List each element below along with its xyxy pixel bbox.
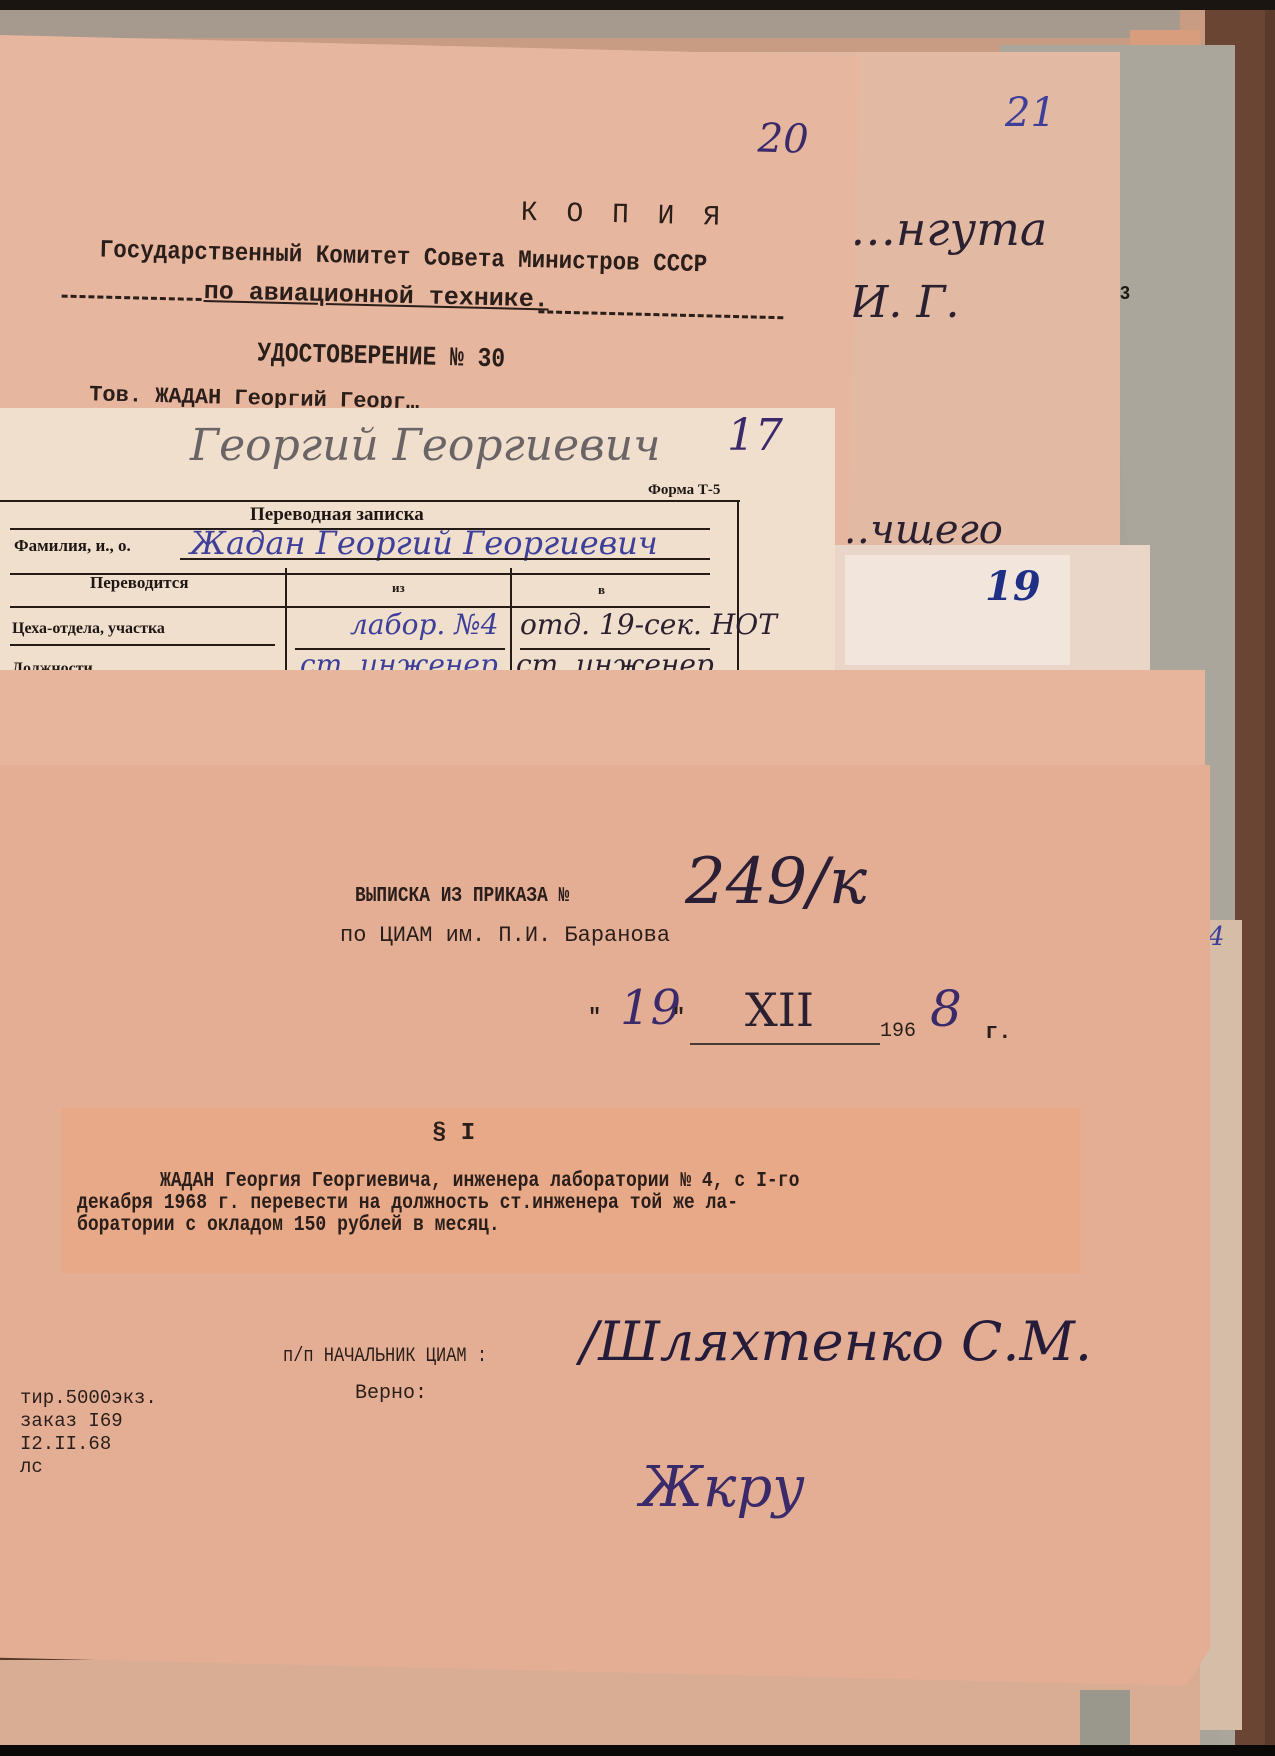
name-label: Фамилия, и., о. bbox=[14, 536, 131, 556]
excerpt-body-line-1: ЖАДАН Георгия Георгиевича, инженера лабо… bbox=[160, 1170, 799, 1193]
scan-border-bottom bbox=[0, 1745, 1275, 1756]
scanned-document-stack: 3 4 21 …нгута И. Г. …чщего 20 К О П И Я … bbox=[0, 0, 1275, 1756]
column-to: в bbox=[598, 582, 605, 598]
date-year-mark: г. bbox=[985, 1020, 1011, 1045]
rule bbox=[180, 558, 710, 560]
issuer-line-2: по авиационной технике. bbox=[203, 277, 549, 314]
institution-line: по ЦИАМ им. П.И. Баранова bbox=[340, 923, 670, 948]
copy-heading: К О П И Я bbox=[520, 198, 726, 234]
pasted-excerpt-strip: § I ЖАДАН Георгия Георгиевича, инженера … bbox=[62, 1108, 1080, 1273]
page-number-21: 21 bbox=[1005, 90, 1056, 136]
scan-border-top bbox=[0, 0, 1275, 10]
print-order: заказ I69 bbox=[20, 1410, 123, 1432]
column-from: из bbox=[392, 580, 405, 596]
page-number-17: 17 bbox=[727, 410, 783, 461]
order-number: 249/к bbox=[685, 845, 867, 919]
excerpt-body-line-2: декабря 1968 г. перевести на должность с… bbox=[77, 1192, 738, 1215]
section-number: § I bbox=[432, 1120, 475, 1147]
form-title: Переводная записка bbox=[250, 504, 424, 526]
issuer-underline-left bbox=[62, 295, 202, 301]
date-close-quote: " bbox=[672, 1005, 685, 1030]
order-excerpt-sheet: ВЫПИСКА ИЗ ПРИКАЗА № 249/к по ЦИАМ им. П… bbox=[0, 765, 1210, 1695]
certificate-title: УДОСТОВЕРЕНИЕ № 30 bbox=[257, 339, 506, 375]
print-run: тир.5000экз. bbox=[20, 1387, 157, 1409]
print-date: I2.II.68 bbox=[20, 1433, 111, 1455]
sheet-19-card: 19 bbox=[845, 555, 1070, 665]
right-edge-page-number: 4 bbox=[1208, 922, 1225, 952]
row-label: Цеха-отдела, участка bbox=[12, 620, 165, 638]
row-to-value: отд. 19-сек. НОТ bbox=[520, 608, 777, 641]
bottom-grey-sheet bbox=[1080, 1690, 1130, 1745]
date-month: XII bbox=[745, 983, 814, 1037]
grey-sheet-mark: 3 bbox=[1120, 283, 1130, 304]
excerpt-body-line-3: боратории с окладом 150 рублей в месяц. bbox=[77, 1214, 500, 1237]
pencil-name: Георгий Георгиевич bbox=[190, 420, 661, 471]
page-number-19: 19 bbox=[985, 563, 1041, 610]
name-value: Жадан Георгий Георгиевич bbox=[190, 524, 658, 562]
rule bbox=[10, 644, 275, 646]
date-month-underline bbox=[690, 1043, 880, 1045]
rule bbox=[0, 500, 740, 502]
print-initials: лс bbox=[20, 1456, 43, 1478]
verified-label: Верно: bbox=[355, 1382, 427, 1405]
column-transferred: Переводится bbox=[90, 573, 189, 593]
issuer-line-1: Государственный Комитет Совета Министров… bbox=[99, 236, 707, 280]
signatory-label: п/п НАЧАЛЬНИК ЦИАМ : bbox=[283, 1345, 487, 1368]
director-signature: /Шляхтенко С.М. bbox=[580, 1310, 1092, 1373]
row-from-value: лабор. №4 bbox=[350, 608, 499, 641]
handwritten-fragment-2: И. Г. bbox=[850, 277, 959, 328]
issuer-underline-right bbox=[538, 310, 783, 319]
handwritten-fragment-1: …нгута bbox=[850, 202, 1047, 256]
date-year-prefix: 196 bbox=[880, 1020, 916, 1043]
page-number-20: 20 bbox=[757, 116, 809, 163]
date-open-quote: " bbox=[588, 1005, 601, 1030]
date-year-suffix: 8 bbox=[930, 980, 962, 1038]
verified-signature: Жкру bbox=[640, 1455, 805, 1520]
form-label: Форма Т-5 bbox=[648, 482, 720, 499]
order-title-prefix: ВЫПИСКА ИЗ ПРИКАЗА № bbox=[355, 885, 569, 908]
